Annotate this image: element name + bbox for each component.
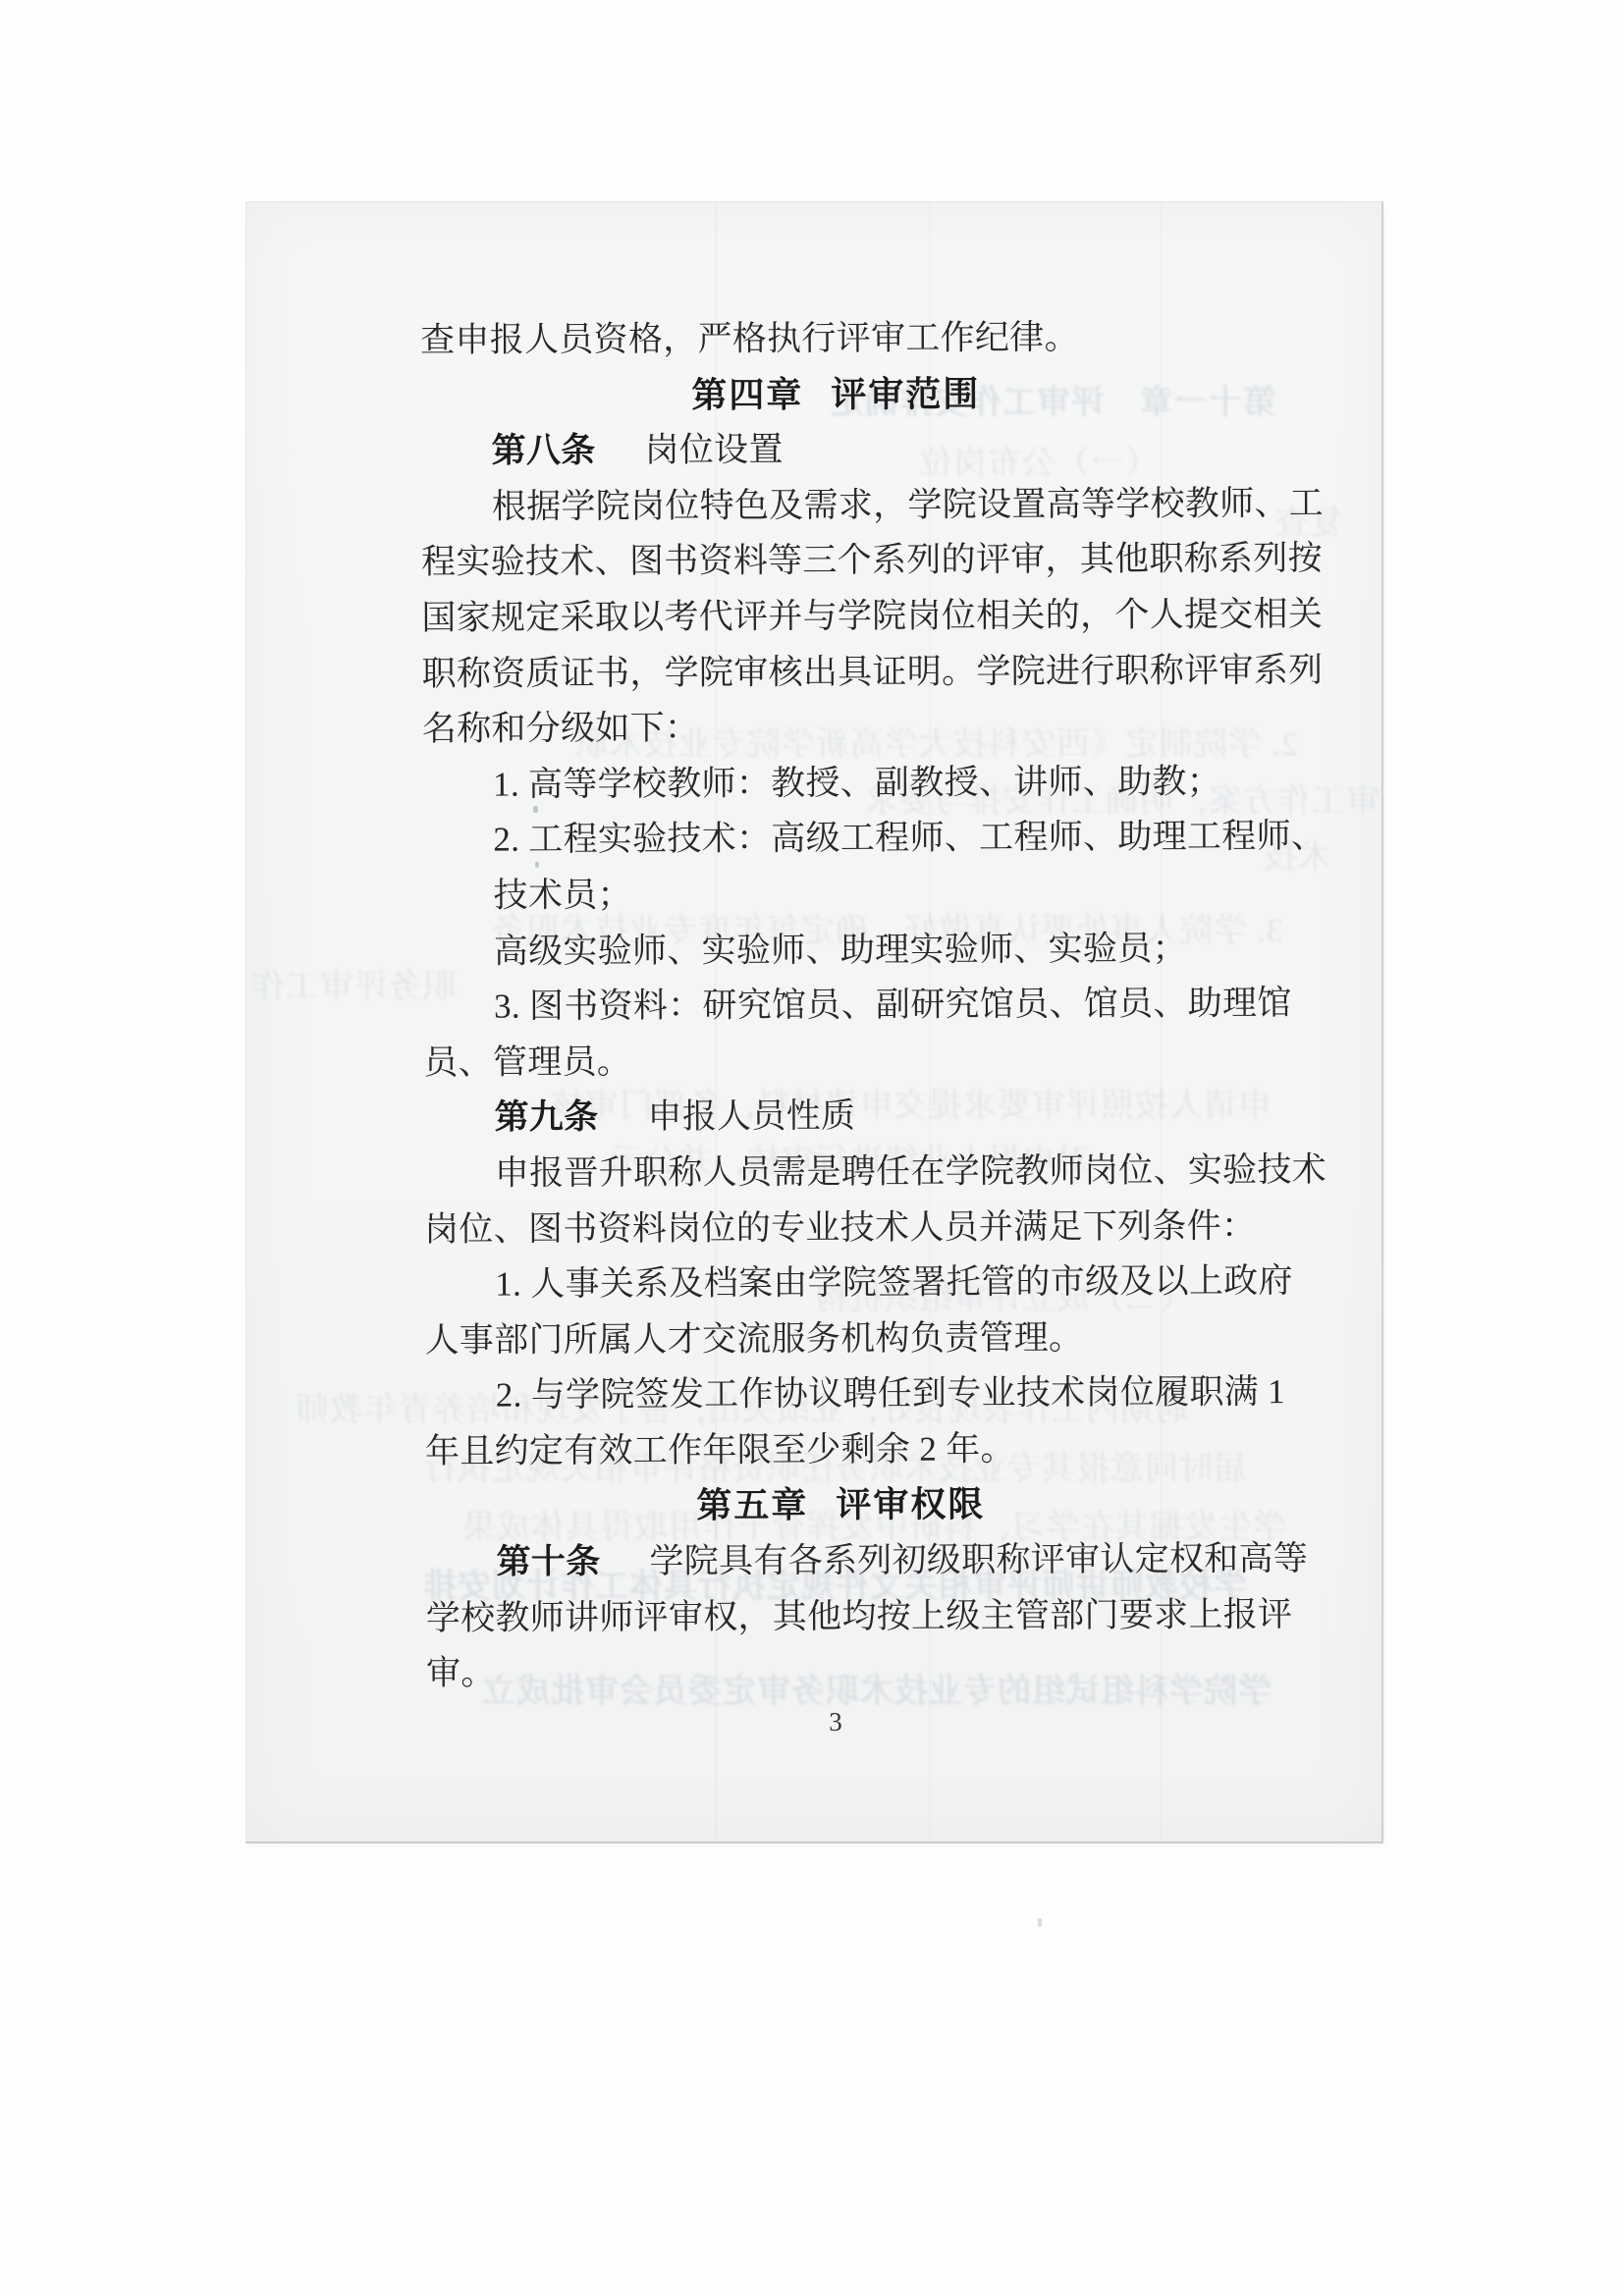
line-text: 根据学院岗位特色及需求，学院设置高等学校教师、工 (492, 484, 1324, 526)
line-text: 人事部门所属人才交流服务机构负责管理。 (424, 1318, 1083, 1360)
article-number-label: 第十条 (496, 1542, 600, 1580)
line-text: 名称和分级如下： (422, 709, 700, 748)
line-text: 员、管理员。 (423, 1042, 631, 1082)
line-text: 岗位、图书资料岗位的专业技术人员并满足下列条件： (424, 1206, 1256, 1249)
text-line: 1. 人事关系及档案由学院签署托管的市级及以上政府 (424, 1254, 1255, 1312)
text-line: 1. 高等学校教师：教授、副教授、讲师、助教； (422, 754, 1253, 813)
text-line: 根据学院岗位特色及需求，学院设置高等学校教师、工 (421, 476, 1252, 535)
text-line: 2. 工程实验技术：高级工程师、工程师、助理工程师、 (422, 810, 1253, 869)
text-line: 名称和分级如下： (422, 698, 1253, 757)
chapter-heading: 第四章评审范围 (420, 365, 1251, 424)
line-text: 查申报人员资格，严格执行评审工作纪律。 (420, 318, 1079, 359)
text-line: 岗位、图书资料岗位的专业技术人员并满足下列条件： (424, 1199, 1255, 1257)
line-text: 国家规定采取以考代评并与学院岗位相关的，个人提交相关 (421, 595, 1323, 637)
text-line: 员、管理员。 (423, 1032, 1254, 1091)
scanned-document-screenshot: 第十一章 评审工作安排确定（一）公布岗位复查2. 学院制定《西安科技大学高新学院… (0, 0, 1624, 2296)
text-line: 申报晋升职称人员需是聘任在学院教师岗位、实验技术 (424, 1143, 1255, 1201)
text-line: 第十条学院具有各系列初级职称评审认定权和高等 (425, 1531, 1256, 1590)
text-line: 2. 与学院签发工作协议聘任到专业技术岗位履职满 1 (425, 1365, 1256, 1424)
page-number: 3 (420, 1705, 1251, 1738)
text-line: 第八条岗位设置 (420, 420, 1251, 479)
line-text: 2. 与学院签发工作协议聘任到专业技术岗位履职满 1 (496, 1372, 1285, 1415)
text-line: 审。 (426, 1643, 1257, 1702)
text-line: 学校教师讲师评审权，其他均按上级主管部门要求上报评 (426, 1587, 1257, 1646)
text-line: 人事部门所属人才交流服务机构负责管理。 (424, 1309, 1255, 1368)
text-line: 年且约定有效工作年限至少剩余 2 年。 (425, 1420, 1256, 1479)
text-block: 查申报人员资格，严格执行评审工作纪律。第四章评审范围第八条岗位设置根据学院岗位特… (420, 309, 1257, 1702)
line-text: 高级实验师、实验师、助理实验师、实验员； (494, 929, 1187, 970)
line-text: 1. 高等学校教师：教授、副教授、讲师、助教； (493, 762, 1221, 803)
line-text: 审。 (426, 1654, 496, 1692)
line-text: 岗位设置 (644, 431, 783, 470)
line-text: 年且约定有效工作年限至少剩余 2 年。 (425, 1429, 1015, 1470)
article-number-label: 第八条 (492, 431, 596, 469)
line-text: 申报晋升职称人员需是聘任在学院教师岗位、实验技术 (495, 1150, 1326, 1193)
article-number-label: 第四章 (691, 374, 803, 414)
text-line: 高级实验师、实验师、助理实验师、实验员； (423, 921, 1254, 980)
line-text: 职称资质证书，学院审核出具证明。学院进行职称评审系列 (422, 651, 1324, 693)
chapter-heading: 第五章评审权限 (425, 1476, 1256, 1535)
line-text: 3. 图书资料：研究馆员、副研究馆员、馆员、助理馆 (494, 984, 1292, 1026)
scan-speck (1038, 1918, 1042, 1927)
line-text: 2. 工程实验技术：高级工程师、工程师、助理工程师、 (493, 817, 1326, 859)
text-line: 技术员； (422, 865, 1253, 924)
line-text: 1. 人事关系及档案由学院签署托管的市级及以上政府 (495, 1261, 1293, 1304)
line-text: 评审范围 (831, 373, 980, 414)
text-line: 程实验技术、图书资料等三个系列的评审，其他职称系列按 (421, 532, 1252, 591)
article-number-label: 第九条 (494, 1098, 598, 1137)
text-line: 第九条申报人员性质 (423, 1088, 1254, 1147)
line-text: 评审权限 (836, 1484, 985, 1525)
text-line: 国家规定采取以考代评并与学院岗位相关的，个人提交相关 (421, 587, 1252, 646)
text-line: 查申报人员资格，严格执行评审工作纪律。 (420, 309, 1251, 368)
text-line: 职称资质证书，学院审核出具证明。学院进行职称评审系列 (421, 643, 1252, 702)
line-text: 申报人员性质 (647, 1096, 855, 1136)
article-number-label: 第五章 (696, 1485, 808, 1525)
line-text: 学校教师讲师评审权，其他均按上级主管部门要求上报评 (426, 1595, 1293, 1637)
text-line: 3. 图书资料：研究馆员、副研究馆员、馆员、助理馆 (423, 976, 1254, 1035)
line-text: 技术员； (494, 876, 632, 915)
line-text: 学院具有各系列初级职称评审认定权和高等 (649, 1539, 1308, 1580)
line-text: 程实验技术、图书资料等三个系列的评审，其他职称系列按 (421, 539, 1323, 581)
